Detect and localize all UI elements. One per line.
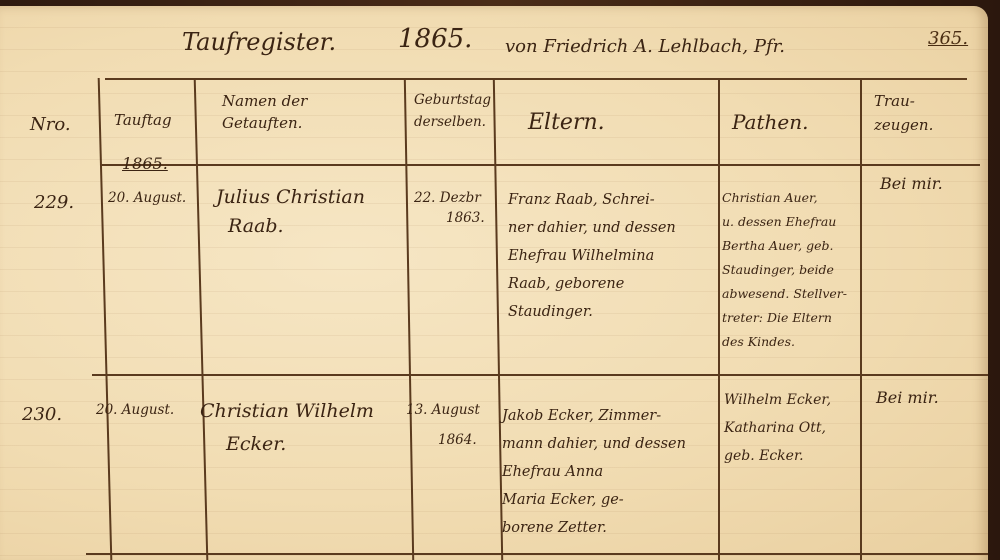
column-rule-trauzeugen [860, 78, 862, 560]
entry-230-name: Christian Wilhelm Ecker. [200, 400, 374, 456]
header-eltern: Eltern. [528, 110, 605, 136]
entry-229-nro: 229. [34, 192, 74, 214]
entry-230-eltern: Jakob Ecker, Zimmer- mann dahier, und de… [502, 402, 686, 542]
entry-229-eltern: Franz Raab, Schrei- ner dahier, und dess… [508, 186, 676, 326]
entry-230-geburtstag: 13. August 1864. [406, 402, 480, 448]
row-divider-rule [92, 374, 988, 376]
column-rule-pathen [718, 78, 720, 560]
entry-230-tauftag: 20. August. [96, 402, 174, 418]
register-title: Taufregister. [182, 28, 336, 57]
header-geburtstag: Geburtstag derselben. [414, 92, 491, 130]
header-nro: Nro. [30, 114, 71, 136]
header-bottom-rule [100, 164, 980, 166]
entry-230-trauzeugen: Bei mir. [876, 388, 939, 407]
column-rule-geburtstag [404, 78, 414, 560]
header-tauftag: Tauftag [114, 111, 172, 129]
page-number: 365. [928, 28, 968, 50]
column-rule-namen [194, 78, 208, 560]
register-author: von Friedrich A. Lehlbach, Pfr. [505, 36, 785, 58]
bottom-rule [86, 553, 988, 555]
register-year: 1865. [398, 24, 472, 55]
entry-229-geburtstag: 22. Dezbr 1863. [414, 190, 485, 226]
header-namen: Namen der Getauften. [222, 92, 307, 132]
header-pathen: Pathen. [732, 110, 808, 134]
header-tauftag-year: 1865. [122, 154, 168, 173]
entry-230-pathen: Wilhelm Ecker, Katharina Ott, geb. Ecker… [724, 386, 831, 470]
entry-229-tauftag: 20. August. [108, 190, 186, 206]
column-rule-tauftag [98, 78, 112, 560]
register-page: Taufregister. 1865. von Friedrich A. Leh… [0, 6, 988, 560]
header-trauzeugen: Trau- zeugen. [874, 92, 933, 134]
entry-229-pathen: Christian Auer, u. dessen Ehefrau Bertha… [722, 186, 847, 354]
entry-230-nro: 230. [22, 404, 62, 426]
header-top-rule [105, 78, 967, 80]
entry-229-trauzeugen: Bei mir. [880, 174, 943, 193]
entry-229-name: Julius Christian Raab. [216, 186, 365, 238]
